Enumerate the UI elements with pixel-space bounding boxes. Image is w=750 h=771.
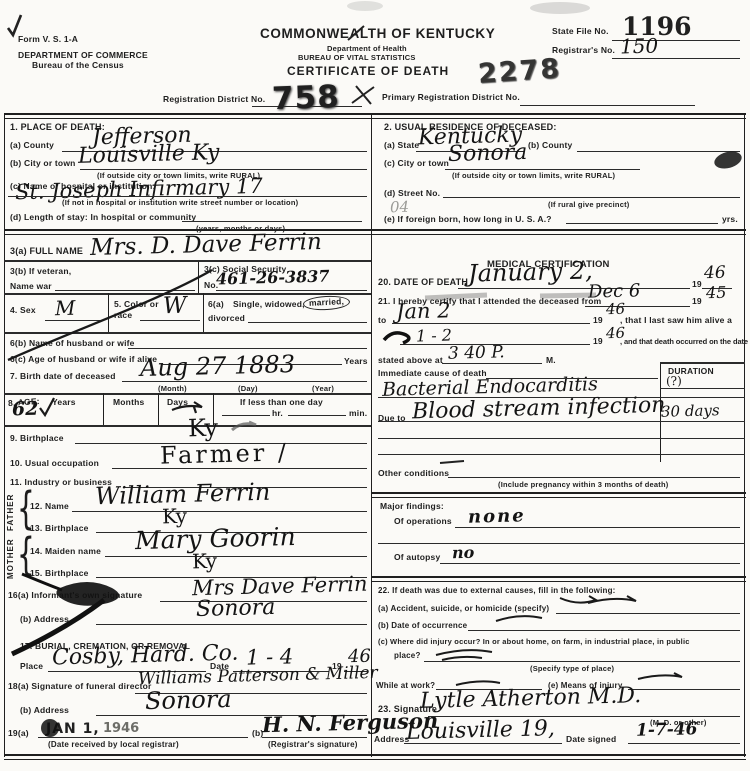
name-war-label: Name war (10, 281, 52, 291)
birth-date-label: 7. Birth date of deceased (10, 371, 116, 381)
husband-wife-label: 6(b) Name of husband or wife (10, 338, 135, 348)
injury-place-label: place? (394, 651, 421, 661)
primary-district-label: Primary Registration District No. (382, 92, 520, 102)
race-value: W (163, 293, 187, 320)
foreign-born-label: (e) If foreign born, how long in U. S. A… (384, 214, 552, 224)
due-duration-value: 30 days (661, 401, 720, 421)
arrow-mark-occurrence (496, 616, 542, 621)
x-mark-registration (352, 86, 374, 104)
bottom-border (4, 754, 746, 760)
time-of-death-value: 3 40 P. (448, 342, 505, 363)
res-city-label: (c) City or town (384, 158, 449, 168)
certificate-title: CERTIFICATE OF DEATH (287, 64, 449, 78)
full-name-value: Mrs. D. Dave Ferrin (90, 229, 322, 261)
date-of-death-label: 20. DATE OF DEATH (378, 277, 468, 288)
form-number: Form V. S. 1-A (18, 34, 78, 44)
dod-year-value: 46 (704, 263, 726, 284)
years-suffix: Years (344, 356, 368, 366)
reg-district-label: Registration District No. (163, 94, 265, 104)
res-city-note: (If outside city or town limits, write R… (452, 171, 615, 180)
arrow-mark-following (560, 596, 596, 603)
age-days-label: Days (167, 397, 188, 407)
squiggle-place (436, 650, 492, 660)
date-signed-value: 1-7-46 (636, 719, 698, 741)
full-name-label: 3(a) FULL NAME (10, 246, 83, 257)
funeral-address-label: (b) Address (20, 705, 69, 715)
res-city-value: Sonora (448, 140, 528, 167)
left-border (4, 113, 5, 757)
department-of-commerce: DEPARTMENT OF COMMERCE (18, 50, 148, 60)
scan-smudge-top (530, 2, 590, 14)
top-border (4, 113, 746, 119)
min-label: min. (349, 408, 367, 418)
mother-side-label: MOTHER (6, 538, 15, 579)
marital-label: 6(a) (208, 299, 224, 309)
county-label: (a) County (10, 140, 54, 150)
hr-label: hr. (272, 408, 283, 418)
file-stamp-number: 2278 (477, 53, 562, 90)
birthplace-label: 9. Birthplace (10, 433, 64, 443)
yrs-label: yrs. (722, 214, 738, 224)
major-findings-label: Major findings: (380, 501, 444, 511)
informant-address-label: (b) Address (20, 614, 69, 624)
age-years-label: Years (52, 397, 76, 407)
age-years-value: 62 (12, 398, 39, 421)
informant-address-value: Sonora (196, 595, 276, 622)
received-date-stamp: JAN 1, (46, 721, 100, 737)
bureau-of-census: Bureau of the Census (32, 60, 124, 70)
other-conditions-note: (Include pregnancy within 3 months of de… (498, 480, 668, 489)
right-border (744, 113, 745, 757)
dash-other-conditions (440, 461, 464, 463)
color-race-label: 5. Color or (114, 299, 159, 309)
ink-blot-residence (712, 149, 743, 172)
med-divider-1 (371, 492, 746, 498)
operations-label: Of operations (394, 516, 452, 526)
other-conditions-label: Other conditions (378, 468, 449, 478)
alive-year-prefix: 19 (593, 336, 603, 346)
year-note: (Year) (312, 384, 334, 393)
received-year-stamp: 1946 (103, 721, 139, 736)
squiggle-at-work (456, 681, 500, 685)
marital-options2: divorced (208, 313, 245, 323)
sex-value: M (55, 296, 76, 321)
date-signed-label: Date signed (566, 734, 616, 744)
physician-address-value: Louisville 19, (406, 716, 555, 745)
autopsy-value: no (452, 543, 475, 563)
date-of-death-value: January 2, (468, 256, 593, 287)
physician-signature: Lytle Atherton M.D. (420, 683, 642, 714)
ssn-value: 461-26-3837 (216, 267, 330, 289)
day-note: (Day) (238, 384, 258, 393)
state-label: (a) State (384, 140, 419, 150)
due-to-value: Blood stream infection (412, 393, 666, 425)
operations-value: none (468, 505, 526, 528)
autopsy-label: Of autopsy (394, 552, 440, 562)
duration-q-label: (?) (666, 374, 682, 388)
time-m-label: M. (546, 355, 556, 365)
attended-to-value: Jan 2 (396, 298, 451, 323)
sex-label: 4. Sex (10, 305, 36, 315)
med-divider-2 (371, 576, 746, 582)
marital-circled: married, (303, 296, 350, 310)
scan-smudge-top2 (347, 1, 383, 11)
to-label: to (378, 315, 386, 325)
certify-line3-post: , and that death occurred on the date (620, 337, 748, 346)
father-bp-label: 13. Birthplace (30, 523, 89, 533)
burial-place-label: Place (20, 661, 43, 671)
injury-where-label: (c) Where did injury occur? In or about … (378, 637, 690, 646)
race-label2: race (114, 310, 132, 320)
mother-bp-value: Ky (192, 549, 218, 574)
stated-above-label: stated above at (378, 355, 443, 365)
registrar-no-label: Registrar's No. (552, 45, 615, 55)
death-certificate-scan: Form V. S. 1-A DEPARTMENT OF COMMERCE Bu… (0, 0, 750, 771)
veteran-label: 3(b) If veteran, (10, 266, 71, 276)
commonwealth-title: COMMONWEALTH OF KENTUCKY (260, 26, 495, 42)
state-file-label: State File No. (552, 26, 609, 36)
reg-district-stamp: 758 (271, 79, 340, 117)
age-months-label: Months (113, 397, 144, 407)
column-divider (371, 113, 372, 757)
last-seen-value: 1 - 2 (416, 326, 452, 346)
received-note: (Date received by local registrar) (48, 740, 179, 750)
marital-options1: Single, widowed, (233, 299, 305, 309)
month-note: (Month) (158, 384, 187, 393)
funeral-address-value: Sonora (145, 685, 232, 715)
accident-label: (a) Accident, suicide, or homicide (spec… (378, 604, 549, 614)
registrar-number: 150 (620, 34, 659, 59)
place-type-note: (Specify type of place) (530, 664, 614, 673)
father-side-label: FATHER (6, 494, 15, 531)
hospital-note: (If not in hospital or institution write… (62, 198, 298, 207)
father-name-label: 12. Name (30, 501, 69, 511)
spouse-age-label: 6(c) Age of husband or wife if alive (10, 354, 157, 364)
arrow-mark-accident (588, 596, 636, 603)
from-year-value: 45 (706, 283, 727, 303)
street-label: (d) Street No. (384, 188, 440, 198)
street-note: (If rural give precinct) (548, 200, 630, 209)
from-year-prefix: 19 (692, 296, 702, 306)
department-of-health: Department of Health (327, 44, 407, 53)
occupation-label: 10. Usual occupation (10, 458, 99, 468)
certify-line2-post: , that I last saw him alive a (620, 315, 732, 325)
scribble-last-seen (384, 333, 409, 343)
birth-date-value: Aug 27 1883 (140, 350, 296, 382)
city-value: Louisville Ky (78, 140, 220, 169)
check-mark-top-left (8, 15, 21, 35)
less-than-day-label: If less than one day (240, 397, 323, 407)
mother-bp-label: 15. Birthplace (30, 568, 89, 578)
funeral-director-label: 18(a) Signature of funeral director (8, 681, 152, 691)
length-of-stay-label: (d) Length of stay: In hospital or commu… (10, 212, 196, 222)
received-label: 19(a) (8, 728, 29, 738)
to-year-prefix: 19 (593, 315, 603, 325)
city-label: (b) City or town (10, 158, 76, 168)
external-causes-title: 22. If death was due to external causes,… (378, 586, 616, 596)
res-county-label: (b) County (528, 140, 573, 150)
bureau-vital-statistics: BUREAU OF VITAL STATISTICS (298, 53, 416, 62)
registrar-sig-note: (Registrar's signature) (268, 740, 358, 750)
place-of-death-title: 1. PLACE OF DEATH: (10, 122, 105, 133)
dod-year-prefix: 19 (692, 279, 702, 289)
mother-name-label: 14. Maiden name (30, 546, 101, 556)
occupation-value: Farmer / (160, 438, 290, 469)
occurrence-date-label: (b) Date of occurrence (378, 621, 467, 631)
informant-label: 16(a) Informant's own signature (8, 590, 142, 600)
birthplace-value: Ky (188, 414, 219, 443)
arrow-mark-means (638, 673, 682, 679)
